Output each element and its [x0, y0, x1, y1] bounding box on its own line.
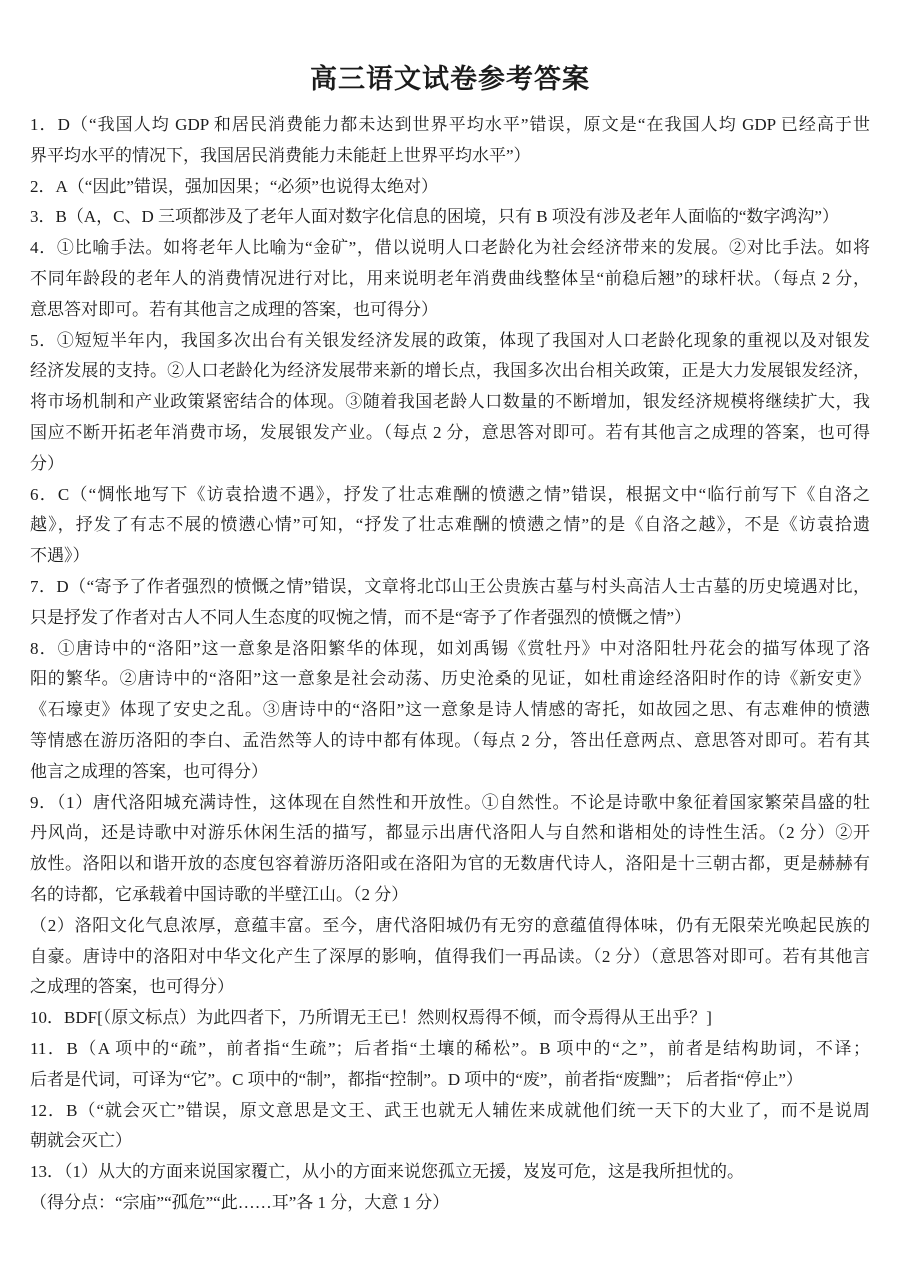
answer-line: 《石壕吏》体现了安史之乱。③唐诗中的“洛阳”这一意象是诗人情感的寄托，如故园之思… — [30, 695, 870, 726]
answer-line: 之成理的答案，也可得分） — [30, 972, 870, 1003]
answer-line: 12．B（“就会灭亡”错误，原文意思是文王、武王也就无人辅佐来成就他们统一天下的… — [30, 1096, 870, 1127]
answer-10: 10．BDF[（原文标点）为此四者下，乃所谓无王已！然则权焉得不倾，而令焉得从王… — [30, 1003, 870, 1034]
answer-1: 1．D（“我国人均 GDP 和居民消费能力都未达到世界平均水平”错误，原文是“在… — [30, 110, 870, 172]
answer-line: 自豪。唐诗中的洛阳对中华文化产生了深厚的影响，值得我们一再品读。（2 分）（意思… — [30, 942, 870, 973]
answer-line: 5．①短短半年内，我国多次出台有关银发经济发展的政策，体现了我国对人口老龄化现象… — [30, 326, 870, 357]
answer-line: 6．C（“惆怅地写下《访袁拾遗不遇》，抒发了壮志难酬的愤懑之情”错误，根据文中“… — [30, 480, 870, 511]
answer-line: 1．D（“我国人均 GDP 和居民消费能力都未达到世界平均水平”错误，原文是“在… — [30, 110, 870, 141]
answer-line: 将市场机制和产业政策紧密结合的体现。③随着我国老龄人口数量的不断增加，银发经济规… — [30, 387, 870, 418]
answer-line: 意思答对即可。若有其他言之成理的答案，也可得分） — [30, 295, 870, 326]
answer-line: 后者是代词，可译为“它”。C 项中的“制”，都指“控制”。D 项中的“废”，前者… — [30, 1065, 870, 1096]
answer-line: 他言之成理的答案，也可得分） — [30, 757, 870, 788]
answer-5: 5．①短短半年内，我国多次出台有关银发经济发展的政策，体现了我国对人口老龄化现象… — [30, 326, 870, 480]
answer-11: 11．B（A 项中的“疏”，前者指“生疏”；后者指“土壤的稀松”。B 项中的“之… — [30, 1034, 870, 1096]
document-body: 1．D（“我国人均 GDP 和居民消费能力都未达到世界平均水平”错误，原文是“在… — [30, 110, 870, 1219]
answer-line: 2．A（“因此”错误，强加因果；“必须”也说得太绝对） — [30, 172, 870, 203]
answer-line: 只是抒发了作者对古人不同人生态度的叹惋之情，而不是“寄予了作者强烈的愤慨之情”） — [30, 603, 870, 634]
answer-line: 不遇》） — [30, 541, 870, 572]
answer-line: 放性。洛阳以和谐开放的态度包容着游历洛阳或在洛阳为官的无数唐代诗人，洛阳是十三朝… — [30, 849, 870, 880]
answer-line: 分） — [30, 449, 870, 480]
answer-line: 8．①唐诗中的“洛阳”这一意象是洛阳繁华的体现，如刘禹锡《赏牡丹》中对洛阳牡丹花… — [30, 634, 870, 665]
answer-line: （得分点：“宗庙”“孤危”“此……耳”各 1 分，大意 1 分） — [30, 1188, 870, 1219]
answer-line: 丹风尚，还是诗歌中对游乐休闲生活的描写，都显示出唐代洛阳人与自然和谐相处的诗性生… — [30, 818, 870, 849]
answer-line: 朝就会灭亡） — [30, 1126, 870, 1157]
answer-line: 7．D（“寄予了作者强烈的愤慨之情”错误，文章将北邙山王公贵族古墓与村头高洁人士… — [30, 572, 870, 603]
answer-line: 3．B（A，C、D 三项都涉及了老年人面对数字化信息的困境，只有 B 项没有涉及… — [30, 202, 870, 233]
answer-line: 经济发展的支持。②人口老龄化为经济发展带来新的增长点，我国多次出台相关政策，正是… — [30, 356, 870, 387]
answer-line: 不同年龄段的老年人的消费情况进行对比，用来说明老年消费曲线整体呈“前稳后翘”的球… — [30, 264, 870, 295]
answer-line: 阳的繁华。②唐诗中的“洛阳”这一意象是社会动荡、历史沧桑的见证，如杜甫途经洛阳时… — [30, 664, 870, 695]
answer-13: 13．（1）从大的方面来说国家覆亡，从小的方面来说您孤立无援，岌岌可危，这是我所… — [30, 1157, 870, 1219]
answer-7: 7．D（“寄予了作者强烈的愤慨之情”错误，文章将北邙山王公贵族古墓与村头高洁人士… — [30, 572, 870, 634]
answer-line: 4．①比喻手法。如将老年人比喻为“金矿”，借以说明人口老龄化为社会经济带来的发展… — [30, 233, 870, 264]
answer-9: 9．（1）唐代洛阳城充满诗性，这体现在自然性和开放性。①自然性。不论是诗歌中象征… — [30, 788, 870, 1004]
answer-4: 4．①比喻手法。如将老年人比喻为“金矿”，借以说明人口老龄化为社会经济带来的发展… — [30, 233, 870, 325]
answer-line: 越》，抒发了有志不展的愤懑心情”可知，“抒发了壮志难酬的愤懑之情”的是《自洛之越… — [30, 510, 870, 541]
answer-2: 2．A（“因此”错误，强加因果；“必须”也说得太绝对） — [30, 172, 870, 203]
answer-8: 8．①唐诗中的“洛阳”这一意象是洛阳繁华的体现，如刘禹锡《赏牡丹》中对洛阳牡丹花… — [30, 634, 870, 788]
answer-line: （2）洛阳文化气息浓厚，意蕴丰富。至今，唐代洛阳城仍有无穷的意蕴值得体味，仍有无… — [30, 911, 870, 942]
answer-line: 等情感在游历洛阳的李白、孟浩然等人的诗中都有体现。（每点 2 分，答出任意两点、… — [30, 726, 870, 757]
answer-6: 6．C（“惆怅地写下《访袁拾遗不遇》，抒发了壮志难酬的愤懑之情”错误，根据文中“… — [30, 480, 870, 572]
answer-line: 界平均水平的情况下，我国居民消费能力未能赶上世界平均水平”） — [30, 141, 870, 172]
answer-line: 国应不断开拓老年消费市场，发展银发产业。（每点 2 分，意思答对即可。若有其他言… — [30, 418, 870, 449]
answer-line: 10．BDF[（原文标点）为此四者下，乃所谓无王已！然则权焉得不倾，而令焉得从王… — [30, 1003, 870, 1034]
page-title: 高三语文试卷参考答案 — [0, 0, 900, 94]
answer-3: 3．B（A，C、D 三项都涉及了老年人面对数字化信息的困境，只有 B 项没有涉及… — [30, 202, 870, 233]
answer-12: 12．B（“就会灭亡”错误，原文意思是文王、武王也就无人辅佐来成就他们统一天下的… — [30, 1096, 870, 1158]
document-page: 高三语文试卷参考答案 1．D（“我国人均 GDP 和居民消费能力都未达到世界平均… — [0, 0, 900, 1283]
answer-line: 11．B（A 项中的“疏”，前者指“生疏”；后者指“土壤的稀松”。B 项中的“之… — [30, 1034, 870, 1065]
answer-line: 9．（1）唐代洛阳城充满诗性，这体现在自然性和开放性。①自然性。不论是诗歌中象征… — [30, 788, 870, 819]
answer-line: 13．（1）从大的方面来说国家覆亡，从小的方面来说您孤立无援，岌岌可危，这是我所… — [30, 1157, 870, 1188]
answer-line: 名的诗都，它承载着中国诗歌的半壁江山。（2 分） — [30, 880, 870, 911]
